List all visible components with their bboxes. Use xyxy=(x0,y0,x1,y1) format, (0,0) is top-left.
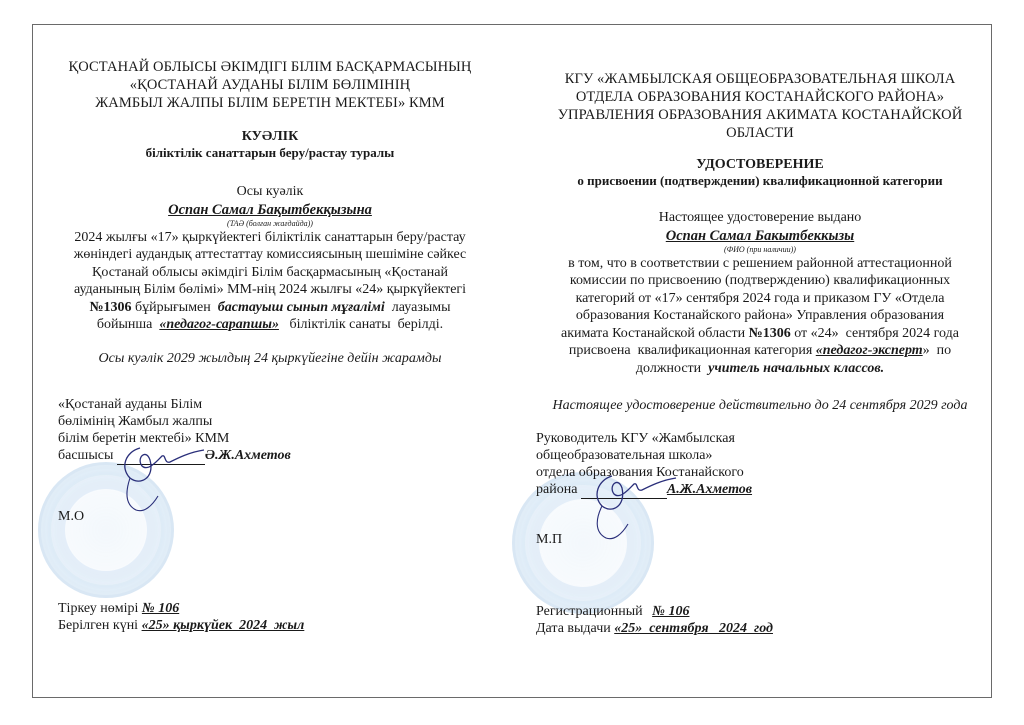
right-body-line: образования Костанайского района» Управл… xyxy=(520,307,1000,325)
right-body: в том, что в соответствии с решением рай… xyxy=(520,255,1000,378)
right-body-line: присвоена квалификационная категория «пе… xyxy=(520,342,1000,360)
kazakh-certificate: ҚОСТАНАЙ ОБЛЫСЫ ӘКІМДІГІ БІЛІМ БАСҚАРМАС… xyxy=(40,58,500,368)
left-body-line: Қостанай облысы әкімдігі Білім басқармас… xyxy=(40,264,500,282)
right-signature-icon xyxy=(570,468,680,548)
right-subtitle: о присвоении (подтверждении) квалификаци… xyxy=(520,173,1000,189)
left-signer-line: «Қостанай ауданы Білім xyxy=(58,396,291,413)
right-body-line: комиссии по присвоению (подтверждению) к… xyxy=(520,272,1000,290)
left-intro: Осы куәлік xyxy=(40,183,500,201)
left-seal-label: М.О xyxy=(58,509,84,525)
left-body-line: №1306 бұйрығымен бастауыш сынып мұғалімі… xyxy=(40,299,500,317)
left-header: ҚОСТАНАЙ ОБЛЫСЫ ӘКІМДІГІ БІЛІМ БАСҚАРМАС… xyxy=(40,58,500,112)
right-name-hint: (ФИО (при наличии)) xyxy=(520,245,1000,255)
left-by-text: бойынша xyxy=(97,317,160,332)
left-signer-name: Ә.Ж.Ахметов xyxy=(205,448,291,463)
left-registration-row: Тіркеу нөмірі № 106 xyxy=(58,600,304,617)
right-body-text: от «24» сентября 2024 года xyxy=(791,326,959,341)
right-header-line: УПРАВЛЕНИЯ ОБРАЗОВАНИЯ АКИМАТА КОСТАНАЙС… xyxy=(520,106,1000,124)
left-issued-row: Берілген күні «25» қыркүйек 2024 жыл xyxy=(58,617,304,634)
left-order-text: бұйрығымен xyxy=(132,300,218,315)
right-issued-label: Дата выдачи xyxy=(536,621,611,636)
right-header-line: ОТДЕЛА ОБРАЗОВАНИЯ КОСТАНАЙСКОГО РАЙОНА» xyxy=(520,88,1000,106)
right-title: УДОСТОВЕРЕНИЕ xyxy=(520,156,1000,173)
left-header-line: ЖАМБЫЛ ЖАЛПЫ БІЛІМ БЕРЕТІН МЕКТЕБІ» КММ xyxy=(40,94,500,112)
left-body: 2024 жылғы «17» қыркүйектегі біліктілік … xyxy=(40,229,500,334)
left-category-suffix: біліктілік санаты берілді. xyxy=(279,317,443,332)
left-body-line: ауданының Білім бөлімі» ММ-нің 2024 жылғ… xyxy=(40,281,500,299)
right-signer-line: общеобразовательная школа» xyxy=(536,447,752,464)
left-title: КУӘЛІК xyxy=(40,128,500,145)
right-header-line: ОБЛАСТИ xyxy=(520,124,1000,142)
right-registration-label: Регистрационный xyxy=(536,604,643,619)
left-position: бастауыш сынып мұғалімі xyxy=(218,300,385,315)
left-position-suffix: лауазымы xyxy=(385,300,451,315)
right-body-line: категорий от «17» сентября 2024 года и п… xyxy=(520,290,1000,308)
right-intro: Настоящее удостоверение выдано xyxy=(520,209,1000,227)
left-validity: Осы куәлік 2029 жылдың 24 қыркүйегіне де… xyxy=(40,350,500,368)
right-seal-label: М.П xyxy=(536,532,562,548)
right-registration-block: Регистрационный № 106 Дата выдачи «25» с… xyxy=(536,603,773,637)
right-issued-row: Дата выдачи «25» сентября 2024 год xyxy=(536,620,773,637)
left-registration-label: Тіркеу нөмірі xyxy=(58,601,138,616)
right-issued-date: «25» сентября 2024 год xyxy=(614,621,773,636)
right-category: «педагог-эксперт xyxy=(816,343,923,358)
right-signer-line: Руководитель КГУ «Жамбылская xyxy=(536,430,752,447)
left-registration-number: № 106 xyxy=(142,600,206,617)
left-issued-date: «25» қыркүйек 2024 жыл xyxy=(142,618,305,633)
left-body-line: бойынша «педагог-сарапшы» біліктілік сан… xyxy=(40,316,500,334)
right-header-line: КГУ «ЖАМБЫЛСКАЯ ОБЩЕОБРАЗОВАТЕЛЬНАЯ ШКОЛ… xyxy=(520,70,1000,88)
left-issued-label: Берілген күні xyxy=(58,618,138,633)
left-signature-icon xyxy=(100,438,210,518)
russian-certificate: КГУ «ЖАМБЫЛСКАЯ ОБЩЕОБРАЗОВАТЕЛЬНАЯ ШКОЛ… xyxy=(520,70,1000,415)
right-body-text: » по xyxy=(923,343,952,358)
left-order-number: №1306 xyxy=(89,300,131,315)
right-registration-number: № 106 xyxy=(652,604,689,619)
left-registration-block: Тіркеу нөмірі № 106 Берілген күні «25» қ… xyxy=(58,600,304,634)
right-body-text: акимата Костанайской области xyxy=(561,326,749,341)
left-category: «педагог-сарапшы» xyxy=(159,317,279,332)
right-recipient-name: Оспан Самал Бакытбеккызы xyxy=(666,228,854,244)
right-order-number: №1306 xyxy=(749,326,791,341)
right-validity: Настоящее удостоверение действительно до… xyxy=(520,397,1000,415)
left-recipient-name: Оспан Самал Бақытбекқызына xyxy=(168,202,372,218)
right-position: учитель начальных классов. xyxy=(708,361,884,376)
right-body-line: в том, что в соответствии с решением рай… xyxy=(520,255,1000,273)
left-header-line: «ҚОСТАНАЙ АУДАНЫ БІЛІМ БӨЛІМІНІҢ xyxy=(40,76,500,94)
left-body-line: жөніндегі аудандық аттестаттау комиссияс… xyxy=(40,246,500,264)
left-header-line: ҚОСТАНАЙ ОБЛЫСЫ ӘКІМДІГІ БІЛІМ БАСҚАРМАС… xyxy=(40,58,500,76)
left-subtitle: біліктілік санаттарын беру/растау туралы xyxy=(40,145,500,161)
right-registration-row: Регистрационный № 106 xyxy=(536,603,773,620)
right-body-line: должности учитель начальных классов. xyxy=(520,360,1000,378)
left-signer-line: бөлімінің Жамбыл жалпы xyxy=(58,413,291,430)
right-body-text: должности xyxy=(636,361,708,376)
right-body-line: акимата Костанайской области №1306 от «2… xyxy=(520,325,1000,343)
left-body-line: 2024 жылғы «17» қыркүйектегі біліктілік … xyxy=(40,229,500,247)
right-header: КГУ «ЖАМБЫЛСКАЯ ОБЩЕОБРАЗОВАТЕЛЬНАЯ ШКОЛ… xyxy=(520,70,1000,142)
left-name-hint: (ТАӘ (болған жағдайда)) xyxy=(40,219,500,229)
right-body-text: присвоена квалификационная категория xyxy=(569,343,816,358)
